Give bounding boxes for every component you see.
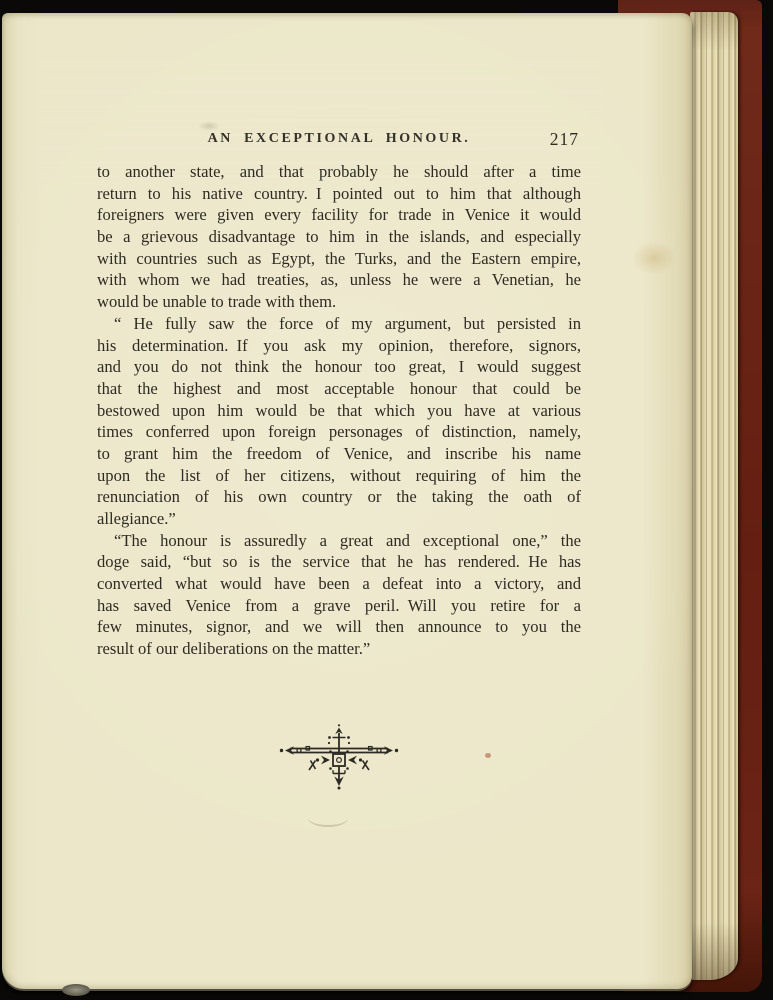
foxing-stain xyxy=(632,241,676,275)
book-page: AN EXCEPTIONAL HONOUR. 217 to another st… xyxy=(2,13,692,989)
text-line: “ He fully saw the force of my argument,… xyxy=(97,313,581,335)
paragraph: “The honour is assuredly a great and exc… xyxy=(97,530,581,660)
text-line: his determination. If you ask my opinion… xyxy=(97,335,581,357)
paragraph: “ He fully saw the force of my argument,… xyxy=(97,313,581,530)
text-line: has saved Venice from a grave peril. Wil… xyxy=(97,595,581,617)
text-line: foreigners were given every facility for… xyxy=(97,204,581,226)
text-line: to grant him the freedom of Venice, and … xyxy=(97,443,581,465)
tailpiece-ornament xyxy=(278,723,400,791)
page-header: AN EXCEPTIONAL HONOUR. 217 xyxy=(97,131,581,161)
text-line: that the highest and most acceptable hon… xyxy=(97,378,581,400)
text-line: to another state, and that probably he s… xyxy=(97,161,581,183)
page-number: 217 xyxy=(550,129,579,150)
text-line: “The honour is assuredly a great and exc… xyxy=(97,530,581,552)
paragraph: to another state, and that probably he s… xyxy=(97,161,581,313)
text-line: converted what would have been a defeat … xyxy=(97,573,581,595)
text-line: doge said, “but so is the service that h… xyxy=(97,551,581,573)
foxing-stain xyxy=(308,809,348,827)
text-line: result of our deliberations on the matte… xyxy=(97,638,581,660)
text-column: AN EXCEPTIONAL HONOUR. 217 to another st… xyxy=(97,131,581,660)
text-line: with countries such as Egypt, the Turks,… xyxy=(97,248,581,270)
text-line: few minutes, signor, and we will then an… xyxy=(97,616,581,638)
text-line: times conferred upon foreign personages … xyxy=(97,421,581,443)
text-line: with whom we had treaties, as, unless he… xyxy=(97,269,581,291)
text-line: upon the list of her citizens, without r… xyxy=(97,465,581,487)
book-scan: AN EXCEPTIONAL HONOUR. 217 to another st… xyxy=(0,0,773,1000)
foxing-stain xyxy=(198,121,220,131)
text-block: to another state, and that probably he s… xyxy=(97,161,581,660)
scanner-clip xyxy=(62,984,90,996)
text-line: bestowed upon him would be that which yo… xyxy=(97,400,581,422)
text-line: allegiance.” xyxy=(97,508,581,530)
running-title: AN EXCEPTIONAL HONOUR. xyxy=(97,131,581,147)
text-line: renunciation of his own country or the t… xyxy=(97,486,581,508)
text-line: and you do not think the honour too grea… xyxy=(97,356,581,378)
text-line: return to his native country. I pointed … xyxy=(97,183,581,205)
text-line: would be unable to trade with them. xyxy=(97,291,581,313)
text-line: be a grievous disadvantage to him in the… xyxy=(97,226,581,248)
foxing-stain xyxy=(485,753,491,758)
page-fore-edge xyxy=(690,12,738,980)
